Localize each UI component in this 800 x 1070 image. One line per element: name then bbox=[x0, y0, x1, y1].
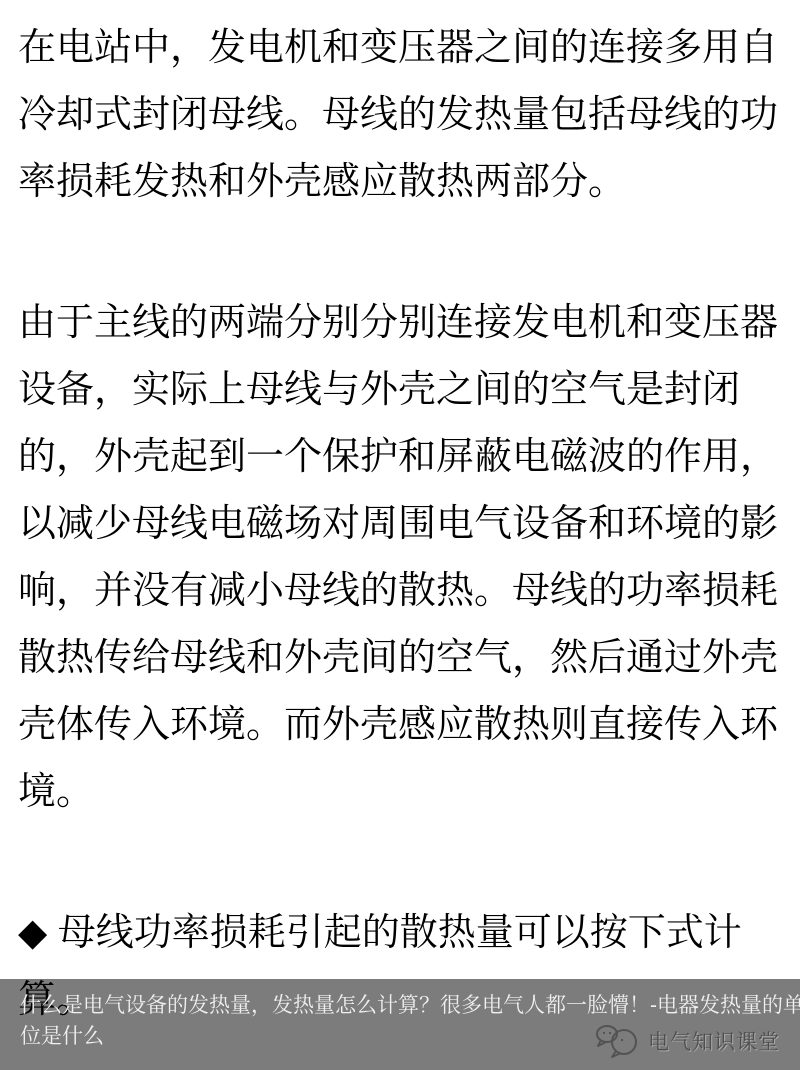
paragraph: 在电站中，发电机和变压器之间的连接多用自 冷却式封闭母线。母线的发热量包括母线的… bbox=[18, 15, 790, 216]
text-line: 率损耗发热和外壳感应散热两部分。 bbox=[18, 149, 790, 216]
text-line: 境。 bbox=[18, 759, 790, 826]
text-line: 在电站中，发电机和变压器之间的连接多用自 bbox=[18, 15, 790, 82]
text-line: 冷却式封闭母线。母线的发热量包括母线的功 bbox=[18, 82, 790, 149]
text-line: 以减少母线电磁场对周围电气设备和环境的影 bbox=[18, 491, 790, 558]
caption-bar: 什么是电气设备的发热量，发热量怎么计算？很多电气人都一脸懵！-电器发热量的单 位… bbox=[0, 979, 800, 1070]
text-line: ◆ 母线功率损耗引起的散热量可以按下式计 bbox=[18, 900, 790, 967]
text-line: 由于主线的两端分别分别连接发电机和变压器 bbox=[18, 290, 790, 357]
paragraph: 由于主线的两端分别分别连接发电机和变压器 设备，实际上母线与外壳之间的空气是封闭… bbox=[18, 290, 790, 826]
watermark-label: 电气知识课堂 bbox=[648, 1026, 780, 1056]
text-line: 壳体传入环境。而外壳感应散热则直接传入环 bbox=[18, 692, 790, 759]
text-line: 设备，实际上母线与外壳之间的空气是封闭 bbox=[18, 357, 790, 424]
text-line: 响，并没有减小母线的散热。母线的功率损耗 bbox=[18, 558, 790, 625]
article-body: 在电站中，发电机和变压器之间的连接多用自 冷却式封闭母线。母线的发热量包括母线的… bbox=[18, 15, 790, 1034]
watermark: 电气知识课堂 bbox=[594, 1023, 780, 1059]
chat-bubbles-icon bbox=[594, 1023, 640, 1059]
text-line: 散热传给母线和外壳间的空气，然后通过外壳 bbox=[18, 625, 790, 692]
article-page: 在电站中，发电机和变压器之间的连接多用自 冷却式封闭母线。母线的发热量包括母线的… bbox=[0, 0, 800, 1070]
caption-line: 什么是电气设备的发热量，发热量怎么计算？很多电气人都一脸懵！-电器发热量的单 bbox=[20, 990, 800, 1021]
text-line: 的，外壳起到一个保护和屏蔽电磁波的作用， bbox=[18, 424, 790, 491]
